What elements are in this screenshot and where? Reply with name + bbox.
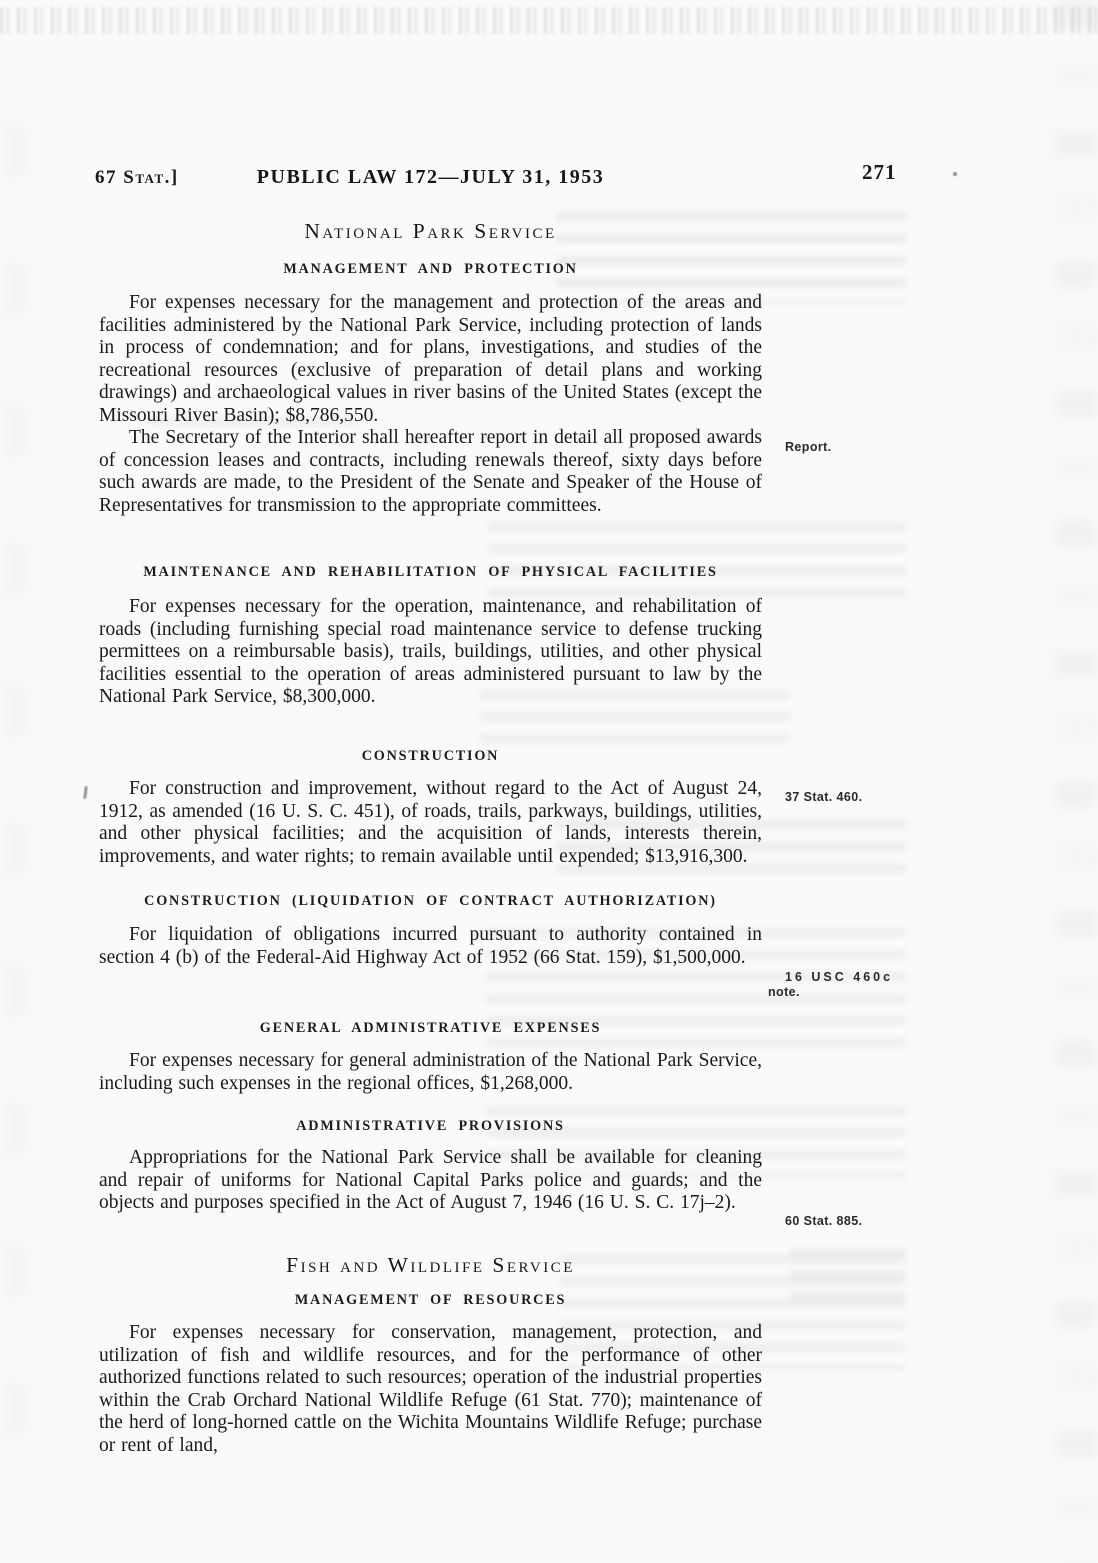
section-heading-construction-liquidation: CONSTRUCTION (LIQUIDATION OF CONTRACT AU…: [99, 893, 762, 910]
statute-page-scan: 67 Stat.] PUBLIC LAW 172—JULY 31, 1953 2…: [0, 0, 1098, 1563]
margin-note-37-stat-460: 37 Stat. 460.: [785, 790, 945, 805]
section-heading-management-of-resources: MANAGEMENT OF RESOURCES: [99, 1292, 762, 1309]
agency-heading-fish-and-wildlife-service: Fish and Wildlife Service: [99, 1252, 762, 1278]
scan-noise-top-band: [0, 7, 1098, 34]
section-national-park-service: National Park Service MANAGEMENT AND PRO…: [99, 212, 762, 517]
margin-note-report: Report.: [785, 440, 945, 455]
margin-note-16-usc-460c-citation: 16 USC 460c: [768, 970, 928, 985]
section-maintenance-rehabilitation: MAINTENANCE AND REHABILITATION OF PHYSIC…: [99, 564, 762, 709]
section-construction: CONSTRUCTION For construction and improv…: [99, 748, 762, 868]
agency-heading-national-park-service: National Park Service: [99, 218, 762, 244]
section-construction-liquidation: CONSTRUCTION (LIQUIDATION OF CONTRACT AU…: [99, 893, 762, 969]
scan-noise-left-edge: [4, 120, 26, 1500]
section-administrative-provisions: ADMINISTRATIVE PROVISIONS Appropriations…: [99, 1118, 762, 1215]
scan-noise-right-edge: [1056, 0, 1098, 1563]
margin-note-60-stat-885: 60 Stat. 885.: [785, 1214, 945, 1229]
section-heading-management-and-protection: MANAGEMENT AND PROTECTION: [99, 261, 762, 278]
statute-paragraph-maintenance-appropriation: For expenses necessary for the operation…: [99, 596, 762, 709]
statute-paragraph-management-appropriation: For expenses necessary for the managemen…: [99, 292, 762, 427]
section-heading-construction: CONSTRUCTION: [99, 748, 762, 765]
margin-note-16-usc-460c-note-word: note.: [768, 985, 928, 1000]
statute-paragraph-administrative-provisions: Appropriations for the National Park Ser…: [99, 1147, 762, 1215]
page-number: 271: [862, 160, 897, 185]
section-heading-administrative-provisions: ADMINISTRATIVE PROVISIONS: [99, 1118, 762, 1135]
statute-paragraph-concession-report: The Secretary of the Interior shall here…: [99, 427, 762, 517]
section-fish-and-wildlife-service: Fish and Wildlife Service MANAGEMENT OF …: [99, 1252, 762, 1457]
statute-paragraph-fws-management-appropriation: For expenses necessary for conservation,…: [99, 1322, 762, 1457]
statute-paragraph-liquidation-appropriation: For liquidation of obligations incurred …: [99, 924, 762, 969]
margin-note-16-usc-460c: 16 USC 460c note.: [768, 970, 928, 1000]
scan-stray-dot: [953, 172, 957, 176]
statute-paragraph-general-admin-appropriation: For expenses necessary for general admin…: [99, 1050, 762, 1095]
scan-stray-mark: [83, 786, 88, 799]
statute-paragraph-construction-appropriation: For construction and improvement, withou…: [99, 778, 762, 868]
section-general-administrative-expenses: GENERAL ADMINISTRATIVE EXPENSES For expe…: [99, 1020, 762, 1095]
section-heading-general-administrative-expenses: GENERAL ADMINISTRATIVE EXPENSES: [99, 1020, 762, 1037]
running-head-law-title: PUBLIC LAW 172—JULY 31, 1953: [99, 166, 762, 189]
section-heading-maintenance-rehabilitation: MAINTENANCE AND REHABILITATION OF PHYSIC…: [99, 564, 762, 581]
